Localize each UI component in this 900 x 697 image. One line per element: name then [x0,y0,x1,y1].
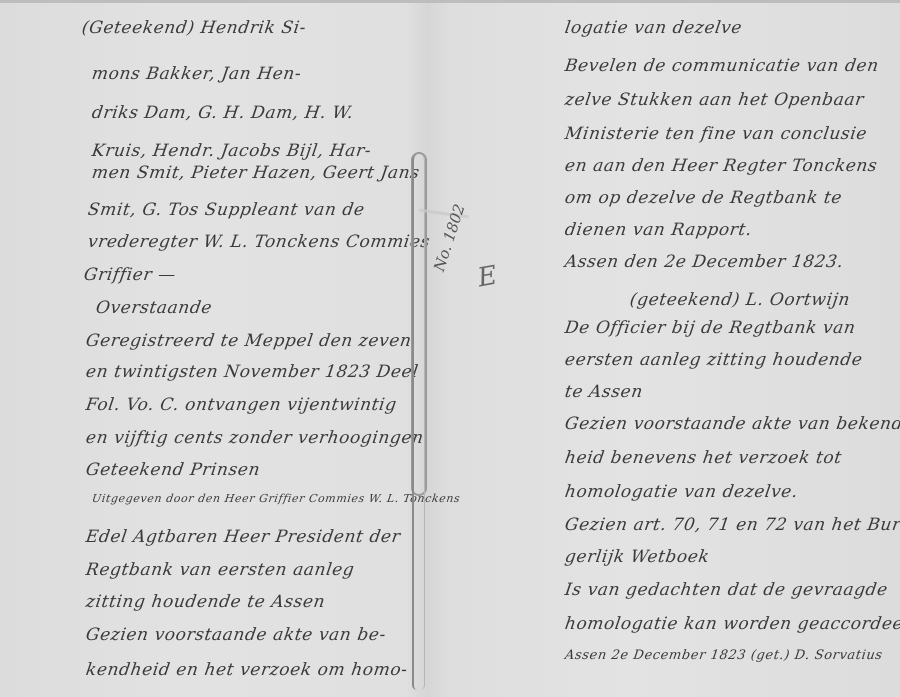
right-line: heid benevens het verzoek tot [564,448,844,468]
left-line: mons Bakker, Jan Hen- [91,64,303,84]
left-page: (Geteekend) Hendrik Si- mons Bakker, Jan… [0,0,420,697]
left-line: Kruis, Hendr. Jacobs Bijl, Har- [91,141,373,161]
right-line: (geteekend) L. Oortwijn [629,290,852,310]
right-line: zelve Stukken aan het Openbaar [564,90,866,110]
left-line: driks Dam, G. H. Dam, H. W. [91,103,355,123]
right-line: eersten aanleg zitting houdende [564,350,864,370]
right-line: homologatie kan worden geaccordeerd [564,614,900,634]
right-line: gerlijk Wetboek [564,547,711,567]
left-line: Geteekend Prinsen [85,460,262,480]
right-line: om op dezelve de Regtbank te [564,188,844,208]
left-line: zitting houdende te Assen [85,592,327,612]
right-line: De Officier bij de Regtbank van [564,318,857,338]
right-line: Gezien voorstaande akte van bekend- [564,414,900,434]
left-line: Uitgegeven door den Heer Griffier Commie… [91,492,461,505]
left-line: Griffier — [83,265,178,285]
manuscript-spread: (Geteekend) Hendrik Si- mons Bakker, Jan… [0,0,900,697]
right-line: Gezien art. 70, 71 en 72 van het Bur- [564,515,900,535]
left-line: Overstaande [95,298,214,318]
left-line: Smit, G. Tos Suppleant van de [87,200,366,220]
left-line: Gezien voorstaande akte van be- [85,625,388,645]
left-line: en vijftig cents zonder verhoogingen [85,428,425,448]
binding-spine [412,155,425,690]
left-line: kendheid en het verzoek om homo- [85,660,409,680]
left-line: Geregistreerd te Meppel den zeven [85,331,413,351]
left-line: vrederegter W. L. Tonckens Commies [87,232,432,252]
right-line: Assen den 2e December 1823. [564,252,845,272]
left-line: Edel Agtbaren Heer President der [85,527,402,547]
right-line: te Assen [564,382,645,402]
right-line: en aan den Heer Regter Tonckens [564,156,879,176]
left-line: men Smit, Pieter Hazen, Geert Jans [91,163,421,183]
right-line: homologatie van dezelve. [564,482,800,502]
right-line: dienen van Rapport. [564,220,754,240]
right-line: logatie van dezelve [564,18,744,38]
right-line: Bevelen de communicatie van den [564,56,881,76]
left-line: (Geteekend) Hendrik Si- [81,18,308,38]
left-line: Fol. Vo. C. ontvangen vijentwintig [85,395,398,415]
left-line: Regtbank van eersten aanleg [85,560,356,580]
right-line: Is van gedachten dat de gevraagde [564,580,890,600]
right-line: Ministerie ten fine van conclusie [564,124,869,144]
right-line: Assen 2e December 1823 (get.) D. Sorvati… [564,648,884,663]
right-page: logatie van dezelve Bevelen de communica… [430,0,900,697]
left-line: en twintigsten November 1823 Deel [85,362,420,382]
